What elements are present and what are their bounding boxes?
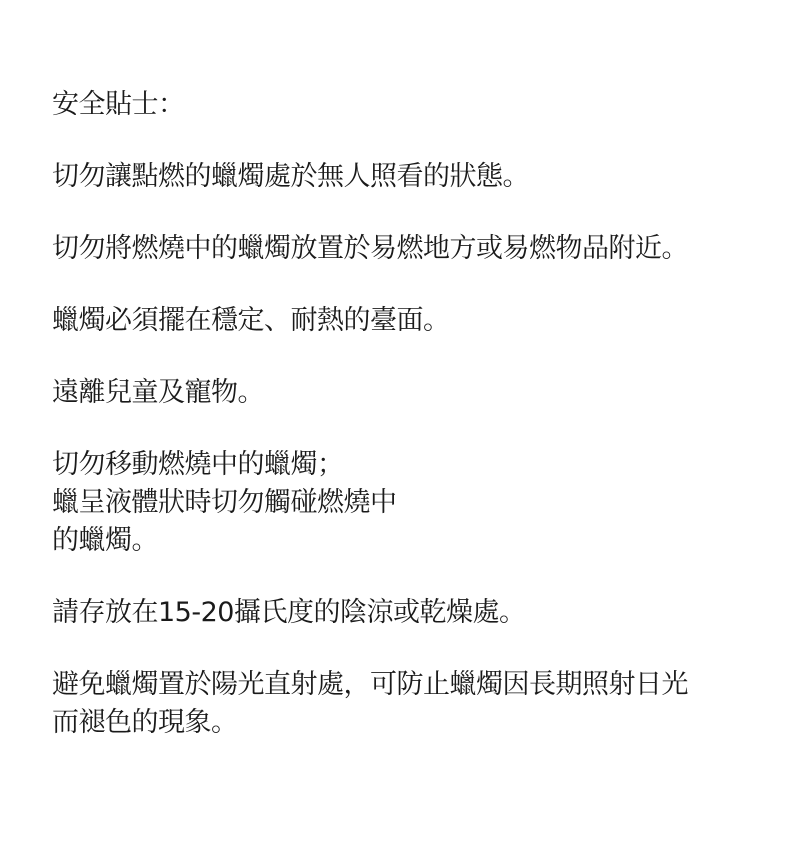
tip-line: 避免蠟燭置於陽光直射處，可防止蠟燭因長期照射日光 bbox=[52, 666, 772, 704]
tip-line: 切勿將燃燒中的蠟燭放置於易燃地方或易燃物品附近。 bbox=[52, 230, 772, 268]
spacer bbox=[52, 560, 772, 594]
tip-stable-surface: 蠟燭必須擺在穩定、耐熱的臺面。 bbox=[52, 302, 772, 340]
document-title: 安全貼士： bbox=[52, 86, 772, 124]
safety-tips-document: 安全貼士： 切勿讓點燃的蠟燭處於無人照看的狀態。 切勿將燃燒中的蠟燭放置於易燃地… bbox=[52, 86, 772, 742]
tip-line: 切勿讓點燃的蠟燭處於無人照看的狀態。 bbox=[52, 158, 772, 196]
spacer bbox=[52, 268, 772, 302]
spacer bbox=[52, 340, 772, 374]
tip-line: 的蠟燭。 bbox=[52, 522, 772, 560]
tip-line: 切勿移動燃燒中的蠟燭； bbox=[52, 446, 772, 484]
tip-children-pets: 遠離兒童及寵物。 bbox=[52, 374, 772, 412]
tip-do-not-move: 切勿移動燃燒中的蠟燭； 蠟呈液體狀時切勿觸碰燃燒中 的蠟燭。 bbox=[52, 446, 772, 560]
tip-storage: 請存放在15-20攝氏度的陰涼或乾燥處。 bbox=[52, 594, 772, 632]
spacer bbox=[52, 632, 772, 666]
spacer bbox=[52, 124, 772, 158]
tip-line: 遠離兒童及寵物。 bbox=[52, 374, 772, 412]
spacer bbox=[52, 412, 772, 446]
tip-line: 蠟燭必須擺在穩定、耐熱的臺面。 bbox=[52, 302, 772, 340]
tip-line: 而褪色的現象。 bbox=[52, 704, 772, 742]
tip-flammables: 切勿將燃燒中的蠟燭放置於易燃地方或易燃物品附近。 bbox=[52, 230, 772, 268]
tip-unattended: 切勿讓點燃的蠟燭處於無人照看的狀態。 bbox=[52, 158, 772, 196]
tip-line: 請存放在15-20攝氏度的陰涼或乾燥處。 bbox=[52, 594, 772, 632]
tip-sunlight: 避免蠟燭置於陽光直射處，可防止蠟燭因長期照射日光 而褪色的現象。 bbox=[52, 666, 772, 742]
spacer bbox=[52, 196, 772, 230]
tip-line: 蠟呈液體狀時切勿觸碰燃燒中 bbox=[52, 484, 772, 522]
